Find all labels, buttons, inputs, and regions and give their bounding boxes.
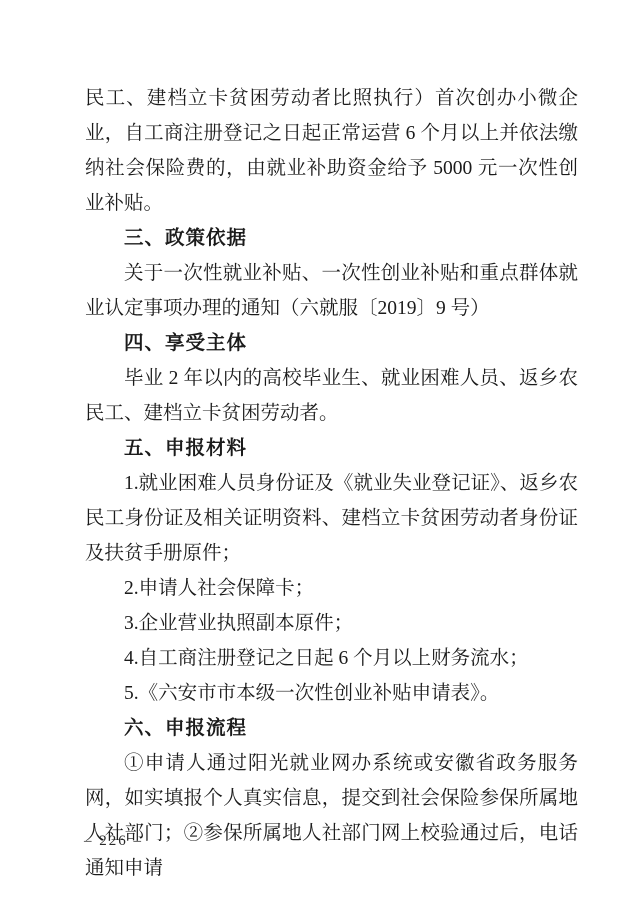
section-paragraph: 2.申请人社会保障卡； xyxy=(85,571,578,606)
page-number: – 226 – xyxy=(84,830,143,852)
section-heading-0: 三、政策依据 xyxy=(85,221,578,256)
section-heading-1: 四、享受主体 xyxy=(85,326,578,361)
section-paragraph: 1.就业困难人员身份证及《就业失业登记证》、返乡农民工身份证及相关证明资料、建档… xyxy=(85,466,578,571)
document-body: 民工、建档立卡贫困劳动者比照执行）首次创办小微企业，自工商注册登记之日起正常运营… xyxy=(85,81,578,886)
intro-paragraph: 民工、建档立卡贫困劳动者比照执行）首次创办小微企业，自工商注册登记之日起正常运营… xyxy=(85,81,578,221)
section-heading-2: 五、申报材料 xyxy=(85,431,578,466)
section-paragraph: 关于一次性就业补贴、一次性创业补贴和重点群体就业认定事项办理的通知（六就服〔20… xyxy=(85,256,578,326)
sections-container: 三、政策依据关于一次性就业补贴、一次性创业补贴和重点群体就业认定事项办理的通知（… xyxy=(85,221,578,886)
section-paragraph: 5.《六安市市本级一次性创业补贴申请表》。 xyxy=(85,676,578,711)
section-paragraph: 3.企业营业执照副本原件； xyxy=(85,606,578,641)
document-page: 民工、建档立卡贫困劳动者比照执行）首次创办小微企业，自工商注册登记之日起正常运营… xyxy=(0,0,642,907)
section-heading-3: 六、申报流程 xyxy=(85,711,578,746)
section-paragraph: ①申请人通过阳光就业网办系统或安徽省政务服务网，如实填报个人真实信息，提交到社会… xyxy=(85,746,578,886)
section-paragraph: 毕业 2 年以内的高校毕业生、就业困难人员、返乡农民工、建档立卡贫困劳动者。 xyxy=(85,361,578,431)
section-paragraph: 4.自工商注册登记之日起 6 个月以上财务流水； xyxy=(85,641,578,676)
